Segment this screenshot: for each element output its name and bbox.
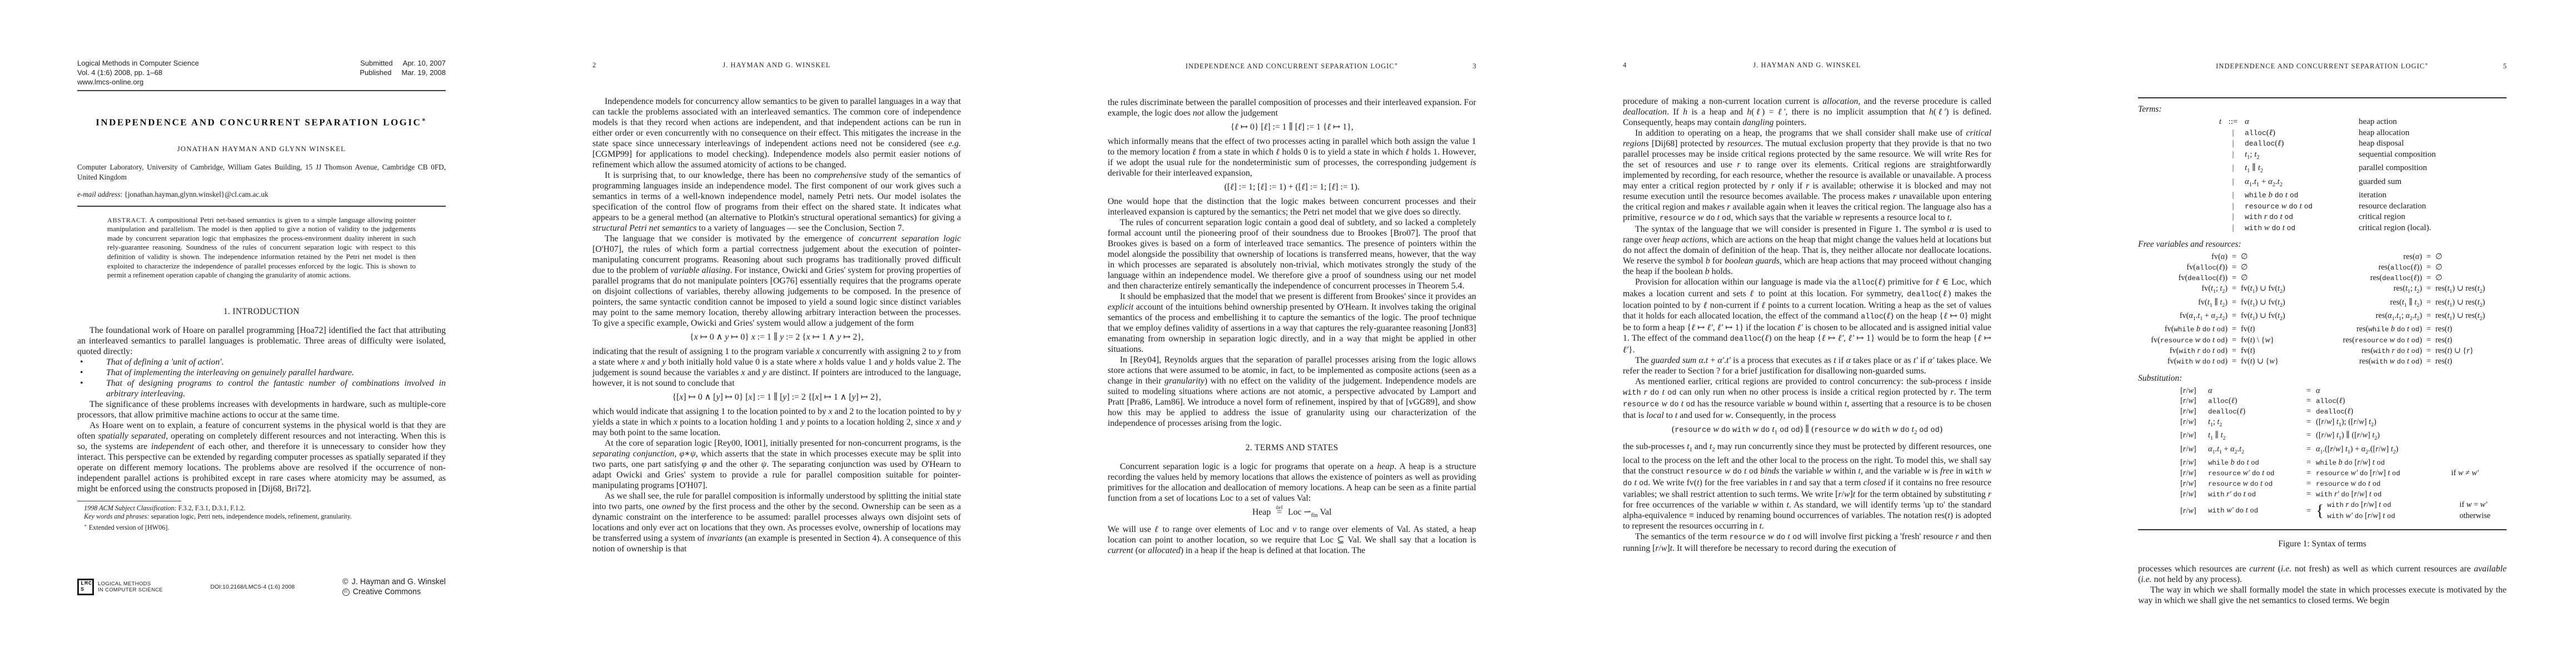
fv-res-row: fv(alloc(ℓ))=∅res(alloc(ℓ))=∅ bbox=[2138, 262, 2507, 273]
subst-lhs: while b do t od bbox=[2208, 457, 2301, 468]
fv-res-row: fv(α)=∅res(α)=∅ bbox=[2138, 252, 2507, 262]
grammar-row: |while b do t oditeration bbox=[2138, 190, 2507, 201]
running-header: INDEPENDENCE AND CONCURRENT SEPARATION L… bbox=[2138, 0, 2507, 71]
grammar-operator: | bbox=[2221, 190, 2245, 201]
res-lhs: res(resource w do t od) bbox=[2321, 335, 2422, 346]
grammar-comment: critical region bbox=[2359, 212, 2507, 223]
equals-sign: = bbox=[2301, 417, 2316, 430]
equals-sign: = bbox=[2228, 324, 2241, 335]
page-number: 4 bbox=[1623, 61, 1626, 69]
subst-rhs: dealloc(ℓ) bbox=[2316, 406, 2353, 417]
display-equation: {ℓ ↦ 0} [ℓ] := 1 ∥ [ℓ] := 1 {ℓ ↦ 1}, bbox=[1108, 122, 1476, 133]
fv-res-row: fv(dealloc(ℓ))=∅res(dealloc(ℓ))=∅ bbox=[2138, 273, 2507, 283]
lmcs-line2: IN COMPUTER SCIENCE bbox=[98, 587, 163, 593]
paragraph: One would hope that the distinction that… bbox=[1108, 196, 1476, 217]
bullet-item: That of defining a 'unit of action'. bbox=[77, 357, 446, 367]
res-lhs: res(α1.t1; α2.t2) bbox=[2321, 311, 2422, 324]
grammar-lhs bbox=[2138, 128, 2221, 139]
res-rhs: res(t1) ∪ res(t2) bbox=[2435, 283, 2507, 297]
paragraph: The foundational work of Hoare on parall… bbox=[77, 325, 446, 357]
grammar-lhs: t bbox=[2138, 117, 2221, 128]
grammar-lhs bbox=[2138, 163, 2221, 177]
grammar-operator: | bbox=[2221, 223, 2245, 234]
res-equation: res(with w do t od)=res(t) bbox=[2321, 356, 2507, 367]
paragraph: It should be emphasized that the model t… bbox=[1108, 291, 1476, 355]
submitted-date: Apr. 10, 2007 bbox=[403, 58, 446, 68]
subst-lhs: resource w′ do t od bbox=[2208, 468, 2301, 479]
grammar-row: |t1 ∥ t2parallel composition bbox=[2138, 163, 2507, 177]
fv-res-row: fv(t1; t2)=fv(t1) ∪ fv(t2)res(t1; t2)=re… bbox=[2138, 283, 2507, 297]
page-footer: LMCS LOGICAL METHODS IN COMPUTER SCIENCE… bbox=[77, 577, 446, 598]
equals-sign: = bbox=[2422, 311, 2435, 324]
fv-equation: fv(α1.t1 + α2.t2)=fv(t1) ∪ fv(t2) bbox=[2138, 311, 2321, 324]
running-header: INDEPENDENCE AND CONCURRENT SEPARATION L… bbox=[1108, 0, 1476, 71]
page-2-content: 2 J. HAYMAN AND G. WINSKEL Independence … bbox=[592, 0, 961, 554]
equals-sign: = bbox=[2228, 297, 2241, 311]
res-lhs: res(alloc(ℓ)) bbox=[2321, 262, 2422, 273]
paper-title: INDEPENDENCE AND CONCURRENT SEPARATION L… bbox=[77, 116, 446, 128]
abstract-label: ABSTRACT. bbox=[107, 216, 147, 224]
res-equation: res(t1 ∥ t2)=res(t1) ∪ res(t2) bbox=[2321, 297, 2507, 311]
res-equation: res(resource w do t od)=res(t) bbox=[2321, 335, 2507, 346]
paragraph: The way in which we shall formally model… bbox=[2138, 585, 2507, 606]
subst-prefix: [r/w] bbox=[2180, 468, 2208, 479]
grammar-production: with w do t od bbox=[2245, 223, 2359, 234]
grammar-comment: parallel composition bbox=[2359, 163, 2507, 177]
subst-lhs: t1; t2 bbox=[2208, 417, 2301, 430]
paragraph: At the core of separation logic [Rey00, … bbox=[592, 438, 961, 491]
title-rule bbox=[77, 206, 446, 207]
subst-lhs: resource w do t od bbox=[2208, 479, 2301, 489]
fv-res-table: fv(α)=∅res(α)=∅fv(alloc(ℓ))=∅res(alloc(ℓ… bbox=[2138, 252, 2507, 367]
case-rhs: with r do [r/w] t od bbox=[2327, 500, 2459, 510]
doi-text: DOI:10.2168/LMCS-4 (1:6) 2008 bbox=[163, 584, 342, 590]
paragraph: which informally means that the effect o… bbox=[1108, 136, 1476, 178]
figure-caption: Figure 1: Syntax of terms bbox=[2138, 539, 2507, 549]
equals-sign: = bbox=[2301, 396, 2316, 406]
substitution-row: [r/w]dealloc(ℓ)=dealloc(ℓ) bbox=[2138, 406, 2507, 417]
res-equation: res(with r do t od)=res(t) ∪ {r} bbox=[2321, 346, 2507, 356]
page-1-body: 1. INTRODUCTIONThe foundational work of … bbox=[77, 307, 446, 494]
grammar-production: dealloc(ℓ) bbox=[2245, 138, 2359, 150]
fv-lhs: fv(α) bbox=[2138, 252, 2228, 262]
display-equation: {x ↦ 0 ∧ y ↦ 0} x := 1 ∥ y := 2 {x ↦ 1 ∧… bbox=[592, 332, 961, 343]
equals-sign: = bbox=[2228, 335, 2241, 346]
equals-sign: = bbox=[2301, 444, 2316, 457]
lmcs-logo-icon: LMCS bbox=[77, 579, 94, 595]
page-number: 2 bbox=[592, 61, 596, 69]
substitution-case-row: [r/w]with w′ do t od={with r do [r/w] t … bbox=[2138, 500, 2507, 521]
display-equation: (resource w do with w do t1 od od) ∥ (re… bbox=[1623, 424, 1991, 438]
subst-prefix: [r/w] bbox=[2180, 489, 2208, 500]
fv-lhs: fv(with r do t od) bbox=[2138, 346, 2228, 356]
paragraph: In [Rey04], Reynolds argues that the sep… bbox=[1108, 355, 1476, 429]
grammar-comment: iteration bbox=[2359, 190, 2507, 201]
fv-equation: fv(resource w do t od)=fv(t) \ {w} bbox=[2138, 335, 2321, 346]
res-rhs: res(t1) ∪ res(t2) bbox=[2435, 311, 2507, 324]
paragraph: As Hoare went on to explain, a feature o… bbox=[77, 420, 446, 494]
running-title: INDEPENDENCE AND CONCURRENT SEPARATION L… bbox=[2216, 62, 2429, 70]
res-rhs: ∅ bbox=[2435, 273, 2507, 283]
copyright-text: J. Hayman and G. Winskel bbox=[352, 577, 446, 587]
figure-rule bbox=[2138, 529, 2507, 530]
substitution-row: [r/w]with r′ do t od=with r′ do [r/w] t … bbox=[2138, 489, 2507, 500]
section-heading: 2. TERMS AND STATES bbox=[1108, 443, 1476, 453]
page-5-body: Terms:t::=αheap action|alloc(ℓ)heap allo… bbox=[2138, 97, 2507, 606]
submission-dates: Submitted Apr. 10, 2007 Published Mar. 1… bbox=[360, 58, 446, 87]
grammar-production: with r do t od bbox=[2245, 212, 2359, 223]
paragraph: Independence models for concurrency allo… bbox=[592, 96, 961, 170]
fv-lhs: fv(α1.t1 + α2.t2) bbox=[2138, 311, 2228, 324]
email-address: e-mail address: {jonathan.hayman,glynn.w… bbox=[77, 190, 446, 199]
fv-rhs: fv(t1) ∪ fv(t2) bbox=[2241, 311, 2321, 324]
grammar-comment: heap disposal bbox=[2359, 138, 2507, 150]
fv-rhs: fv(t) ∪ {w} bbox=[2241, 356, 2321, 367]
page-5: INDEPENDENCE AND CONCURRENT SEPARATION L… bbox=[2061, 0, 2576, 667]
paragraph: Concurrent separation logic is a logic f… bbox=[1108, 461, 1476, 504]
grammar-production: alloc(ℓ) bbox=[2245, 128, 2359, 139]
def-label: def bbox=[1275, 502, 1283, 513]
res-lhs: res(t1; t2) bbox=[2321, 283, 2422, 297]
lmcs-logo-text: LOGICAL METHODS IN COMPUTER SCIENCE bbox=[98, 581, 163, 593]
section-heading: 1. INTRODUCTION bbox=[77, 307, 446, 317]
affiliation: Computer Laboratory, University of Cambr… bbox=[77, 162, 446, 182]
grammar-production: while b do t od bbox=[2245, 190, 2359, 201]
fv-equation: fv(t1; t2)=fv(t1) ∪ fv(t2) bbox=[2138, 283, 2321, 297]
fv-res-row: fv(resource w do t od)=fv(t) \ {w}res(re… bbox=[2138, 335, 2507, 346]
paragraph: procedure of making a non-current locati… bbox=[1623, 96, 1991, 128]
res-rhs: res(t) bbox=[2435, 324, 2507, 335]
page-3-content: INDEPENDENCE AND CONCURRENT SEPARATION L… bbox=[1108, 0, 1476, 556]
fv-equation: fv(while b do t od)=fv(t) bbox=[2138, 324, 2321, 335]
fv-lhs: fv(resource w do t od) bbox=[2138, 335, 2228, 346]
paragraph: The significance of these problems incre… bbox=[77, 399, 446, 420]
subst-lhs: t1 ∥ t2 bbox=[2208, 430, 2301, 444]
display-equation: ([ℓ] := 1; [ℓ] := 1) + ([ℓ] := 1; [ℓ] :=… bbox=[1108, 182, 1476, 193]
display-equation: Heap def= Loc ⇀fin Val bbox=[1108, 507, 1476, 521]
subst-rhs: ([r/w] t1); ([r/w] t2) bbox=[2316, 417, 2376, 430]
fv-res-row: fv(with w do t od)=fv(t) ∪ {w}res(with w… bbox=[2138, 356, 2507, 367]
paragraph: The rules of concurrent separation logic… bbox=[1108, 217, 1476, 291]
subst-prefix: [r/w] bbox=[2180, 506, 2208, 516]
grammar-lhs bbox=[2138, 223, 2221, 234]
journal-volume: Vol. 4 (1:6) 2008, pp. 1–68 bbox=[77, 68, 199, 77]
page-4: 4 J. HAYMAN AND G. WINSKEL procedure of … bbox=[1546, 0, 2061, 667]
grammar-row: |with r do t odcritical region bbox=[2138, 212, 2507, 223]
equals-sign: = bbox=[2422, 335, 2435, 346]
cc-text: Creative Commons bbox=[353, 587, 421, 597]
running-title: INDEPENDENCE AND CONCURRENT SEPARATION L… bbox=[1185, 62, 1398, 70]
equals-sign: = bbox=[2422, 252, 2435, 262]
substitution-row: [r/w]alloc(ℓ)=alloc(ℓ) bbox=[2138, 396, 2507, 406]
published-label: Published bbox=[360, 68, 391, 77]
grammar-row: |alloc(ℓ)heap allocation bbox=[2138, 128, 2507, 139]
equals-sign: = bbox=[2422, 297, 2435, 311]
subst-lhs: α bbox=[2208, 386, 2301, 396]
subst-prefix: [r/w] bbox=[2180, 417, 2208, 430]
bullet-list: That of defining a 'unit of action'.That… bbox=[77, 357, 446, 399]
subst-prefix: [r/w] bbox=[2180, 430, 2208, 444]
fv-equation: fv(with w do t od)=fv(t) ∪ {w} bbox=[2138, 356, 2321, 367]
subst-prefix: [r/w] bbox=[2180, 406, 2208, 417]
case-row: with w′ do [r/w] t odotherwise bbox=[2327, 511, 2490, 521]
case-row: with r do [r/w] t odif w = w′ bbox=[2327, 500, 2490, 510]
paragraph: We will use ℓ to range over elements of … bbox=[1108, 524, 1476, 556]
res-equation: res(α1.t1; α2.t2)=res(t1) ∪ res(t2) bbox=[2321, 311, 2507, 324]
grammar-table: t::=αheap action|alloc(ℓ)heap allocation… bbox=[2138, 117, 2507, 233]
grammar-operator: | bbox=[2221, 201, 2245, 212]
subst-lhs: dealloc(ℓ) bbox=[2208, 406, 2301, 417]
res-rhs: res(t) bbox=[2435, 335, 2507, 346]
creative-commons-row: cc Creative Commons bbox=[342, 587, 446, 597]
bullet-item: That of implementing the interleaving on… bbox=[77, 367, 446, 378]
res-lhs: res(α) bbox=[2321, 252, 2422, 262]
page-2-body: Independence models for concurrency allo… bbox=[592, 96, 961, 554]
fv-lhs: fv(dealloc(ℓ)) bbox=[2138, 273, 2228, 283]
figure-label: Substitution: bbox=[2138, 373, 2507, 384]
figure-label: Terms: bbox=[2138, 104, 2507, 115]
grammar-comment: heap allocation bbox=[2359, 128, 2507, 139]
res-lhs: res(t1 ∥ t2) bbox=[2321, 297, 2422, 311]
grammar-comment: heap action bbox=[2359, 117, 2507, 128]
page-3: INDEPENDENCE AND CONCURRENT SEPARATION L… bbox=[1030, 0, 1546, 667]
fv-rhs: fv(t) \ {w} bbox=[2241, 335, 2321, 346]
fv-res-row: fv(while b do t od)=fv(t)res(while b do … bbox=[2138, 324, 2507, 335]
equals-sign: = bbox=[2228, 273, 2241, 283]
subst-rhs: α bbox=[2316, 386, 2320, 396]
grammar-row: |resource w do t odresource declaration bbox=[2138, 201, 2507, 212]
substitution-row: [r/w]while b do t od=while b do [r/w] t … bbox=[2138, 457, 2507, 468]
footnote-extended-version: ∗ Extended version of [HW06]. bbox=[77, 521, 446, 532]
res-equation: res(alloc(ℓ))=∅ bbox=[2321, 262, 2507, 273]
fv-rhs: ∅ bbox=[2241, 262, 2321, 273]
res-rhs: res(t) ∪ {r} bbox=[2435, 346, 2507, 356]
equals-sign: = bbox=[2422, 262, 2435, 273]
equals-sign: = bbox=[2301, 489, 2316, 500]
grammar-row: |α1.t1 + α2.t2guarded sum bbox=[2138, 177, 2507, 191]
grammar-operator: | bbox=[2221, 177, 2245, 191]
grammar-row: |dealloc(ℓ)heap disposal bbox=[2138, 138, 2507, 150]
equals-sign: = bbox=[2422, 346, 2435, 356]
equals-sign: = bbox=[2228, 311, 2241, 324]
fv-equation: fv(alloc(ℓ))=∅ bbox=[2138, 262, 2321, 273]
figure-label: Free variables and resources: bbox=[2138, 239, 2507, 250]
substitution-row: [r/w]α=α bbox=[2138, 386, 2507, 396]
equals-sign: = bbox=[2301, 506, 2316, 516]
display-equation: {[x] ↦ 0 ∧ [y] ↦ 0} [x] := 1 ∥ [y] := 2 … bbox=[592, 392, 961, 403]
equals-sign: = bbox=[2228, 283, 2241, 297]
equals-sign: = bbox=[2228, 252, 2241, 262]
grammar-operator: | bbox=[2221, 138, 2245, 150]
subst-prefix: [r/w] bbox=[2180, 444, 2208, 457]
figure-rule bbox=[2138, 97, 2507, 98]
grammar-production: α1.t1 + α2.t2 bbox=[2245, 177, 2359, 191]
subst-prefix: [r/w] bbox=[2180, 457, 2208, 468]
subst-lhs: alloc(ℓ) bbox=[2208, 396, 2301, 406]
subst-rhs: α1.([r/w] t1) + α2.([r/w] t2) bbox=[2316, 444, 2398, 457]
footnote-classification: 1998 ACM Subject Classification: F.3.2, … bbox=[77, 504, 446, 513]
grammar-lhs bbox=[2138, 212, 2221, 223]
grammar-operator: | bbox=[2221, 212, 2245, 223]
journal-name: Logical Methods in Computer Science bbox=[77, 58, 199, 68]
page-1-content: Logical Methods in Computer Science Vol.… bbox=[77, 58, 446, 532]
subst-rhs: with r′ do [r/w] t od bbox=[2316, 489, 2381, 500]
paragraph: Provision for allocation within our lang… bbox=[1623, 277, 1991, 355]
fv-equation: fv(α)=∅ bbox=[2138, 252, 2321, 262]
grammar-lhs bbox=[2138, 138, 2221, 150]
paragraph: The syntax of the language that we will … bbox=[1623, 224, 1991, 277]
grammar-row: |t1; t2sequential composition bbox=[2138, 150, 2507, 163]
paragraph: which would indicate that assigning 1 to… bbox=[592, 406, 961, 438]
substitution-row: [r/w]α1.t1 + α2.t2=α1.([r/w] t1) + α2.([… bbox=[2138, 444, 2507, 457]
fv-equation: fv(with r do t od)=fv(t) bbox=[2138, 346, 2321, 356]
paragraph: the sub-processes t1 and t2 may run conc… bbox=[1623, 441, 1991, 531]
paragraph: indicating that the result of assigning … bbox=[592, 346, 961, 389]
fv-rhs: fv(t1) ∪ fv(t2) bbox=[2241, 297, 2321, 311]
grammar-lhs bbox=[2138, 150, 2221, 163]
subst-rhs: while b do [r/w] t od bbox=[2316, 457, 2385, 468]
fv-lhs: fv(t1 ∥ t2) bbox=[2138, 297, 2228, 311]
copyright-icon: © bbox=[342, 577, 348, 587]
case-condition: if w = w′ bbox=[2459, 500, 2487, 510]
submitted-row: Submitted Apr. 10, 2007 bbox=[360, 58, 446, 68]
substitution-table: [r/w]α=α[r/w]alloc(ℓ)=alloc(ℓ)[r/w]deall… bbox=[2138, 386, 2507, 500]
lmcs-line1: LOGICAL METHODS bbox=[98, 581, 163, 587]
subst-lhs: with w′ do t od bbox=[2208, 505, 2301, 516]
page-number: 3 bbox=[1473, 62, 1476, 71]
substitution-row: [r/w]t1 ∥ t2=([r/w] t1) ∥ ([r/w] t2) bbox=[2138, 430, 2507, 444]
running-title: J. HAYMAN AND G. WINSKEL bbox=[1753, 61, 1861, 69]
fv-equation: fv(dealloc(ℓ))=∅ bbox=[2138, 273, 2321, 283]
equals-sign: = bbox=[2422, 273, 2435, 283]
page-4-body: procedure of making a non-current locati… bbox=[1623, 96, 1991, 554]
paper-spread: Logical Methods in Computer Science Vol.… bbox=[0, 0, 2576, 667]
equals-sign: = bbox=[2301, 386, 2316, 396]
footnote-keywords: Key words and phrases: separation logic,… bbox=[77, 512, 446, 521]
res-equation: res(while b do t od)=res(t) bbox=[2321, 324, 2507, 335]
res-rhs: ∅ bbox=[2435, 252, 2507, 262]
case-brace: { bbox=[2316, 501, 2324, 520]
grammar-row: t::=αheap action bbox=[2138, 117, 2507, 128]
res-rhs: res(t1) ∪ res(t2) bbox=[2435, 297, 2507, 311]
paragraph: the rules discriminate between the paral… bbox=[1108, 97, 1476, 118]
fv-res-row: fv(α1.t1 + α2.t2)=fv(t1) ∪ fv(t2)res(α1.… bbox=[2138, 311, 2507, 324]
journal-info: Logical Methods in Computer Science Vol.… bbox=[77, 58, 199, 87]
substitution-row: [r/w]resource w do t od=resource w do t … bbox=[2138, 479, 2507, 489]
published-row: Published Mar. 19, 2008 bbox=[360, 68, 446, 77]
grammar-production: t1; t2 bbox=[2245, 150, 2359, 163]
paragraph: processes which resources are current (i… bbox=[2138, 564, 2507, 585]
published-date: Mar. 19, 2008 bbox=[402, 68, 446, 77]
equals-sign: = bbox=[2422, 283, 2435, 297]
res-lhs: res(with w do t od) bbox=[2321, 356, 2422, 367]
page-3-body: the rules discriminate between the paral… bbox=[1108, 97, 1476, 556]
grammar-production: α bbox=[2245, 117, 2359, 128]
paragraph: As mentioned earlier, critical regions a… bbox=[1623, 376, 1991, 421]
case-rhs: with w′ do [r/w] t od bbox=[2327, 511, 2459, 521]
grammar-lhs bbox=[2138, 177, 2221, 191]
case-condition: otherwise bbox=[2459, 511, 2490, 521]
equals-sign: = bbox=[2301, 430, 2316, 444]
subst-rhs: resource w do t od bbox=[2316, 479, 2380, 489]
res-lhs: res(while b do t od) bbox=[2321, 324, 2422, 335]
fv-lhs: fv(t1; t2) bbox=[2138, 283, 2228, 297]
grammar-comment: guarded sum bbox=[2359, 177, 2507, 191]
abstract-text: A compositional Petri net-based semantic… bbox=[107, 216, 416, 280]
subst-rhs: ([r/w] t1) ∥ ([r/w] t2) bbox=[2316, 430, 2380, 444]
lmcs-logo-block: LMCS LOGICAL METHODS IN COMPUTER SCIENCE bbox=[77, 579, 163, 595]
paper-authors: JONATHAN HAYMAN AND GLYNN WINSKEL bbox=[77, 145, 446, 153]
res-rhs: ∅ bbox=[2435, 262, 2507, 273]
substitution-row: [r/w]t1; t2=([r/w] t1); ([r/w] t2) bbox=[2138, 417, 2507, 430]
subst-rhs: alloc(ℓ) bbox=[2316, 396, 2345, 406]
grammar-production: t1 ∥ t2 bbox=[2245, 163, 2359, 177]
res-equation: res(α)=∅ bbox=[2321, 252, 2507, 262]
abstract: ABSTRACT. A compositional Petri net-base… bbox=[107, 216, 416, 280]
equals-sign: = bbox=[2301, 479, 2316, 489]
res-rhs: res(t) bbox=[2435, 356, 2507, 367]
equals-sign: = bbox=[2422, 356, 2435, 367]
substitution-row: [r/w]resource w′ do t od=resource w′ do … bbox=[2138, 468, 2507, 479]
paragraph: The guarded sum α.t + α′.t′ is a process… bbox=[1623, 355, 1991, 376]
fv-res-row: fv(with r do t od)=fv(t)res(with r do t … bbox=[2138, 346, 2507, 356]
fv-lhs: fv(with w do t od) bbox=[2138, 356, 2228, 367]
subst-lhs: α1.t1 + α2.t2 bbox=[2208, 444, 2301, 457]
paragraph: It is surprising that, to our knowledge,… bbox=[592, 170, 961, 233]
footnotes: 1998 ACM Subject Classification: F.3.2, … bbox=[77, 504, 446, 532]
equals-sign: = bbox=[2228, 356, 2241, 367]
res-equation: res(dealloc(ℓ))=∅ bbox=[2321, 273, 2507, 283]
grammar-production: resource w do t od bbox=[2245, 201, 2359, 212]
running-title: J. HAYMAN AND G. WINSKEL bbox=[723, 61, 830, 69]
equals-sign: = bbox=[2422, 324, 2435, 335]
grammar-row: |with w do t odcritical region (local). bbox=[2138, 223, 2507, 234]
subst-prefix: [r/w] bbox=[2180, 479, 2208, 489]
subst-lhs: with r′ do t od bbox=[2208, 489, 2301, 500]
grammar-operator: | bbox=[2221, 128, 2245, 139]
grammar-operator: | bbox=[2221, 163, 2245, 177]
grammar-lhs bbox=[2138, 190, 2221, 201]
submitted-label: Submitted bbox=[360, 58, 393, 68]
paragraph: The language that we consider is motivat… bbox=[592, 233, 961, 328]
grammar-comment: sequential composition bbox=[2359, 150, 2507, 163]
fv-lhs: fv(alloc(ℓ)) bbox=[2138, 262, 2228, 273]
page-5-content: INDEPENDENCE AND CONCURRENT SEPARATION L… bbox=[2138, 0, 2507, 606]
equals-sign: = bbox=[2301, 468, 2316, 479]
res-lhs: res(with r do t od) bbox=[2321, 346, 2422, 356]
equals-sign: = bbox=[2228, 262, 2241, 273]
grammar-operator: | bbox=[2221, 150, 2245, 163]
subst-rhs: resource w′ do [r/w] t od bbox=[2316, 468, 2400, 479]
bullet-item: That of designing programs to control th… bbox=[77, 378, 446, 399]
copyright-block: © J. Hayman and G. Winskel cc Creative C… bbox=[342, 577, 446, 598]
fv-rhs: ∅ bbox=[2241, 252, 2321, 262]
res-equation: res(t1; t2)=res(t1) ∪ res(t2) bbox=[2321, 283, 2507, 297]
grammar-comment: resource declaration bbox=[2359, 201, 2507, 212]
masthead-rule bbox=[77, 90, 446, 91]
subst-prefix: [r/w] bbox=[2180, 386, 2208, 396]
paragraph: As we shall see, the rule for parallel c… bbox=[592, 491, 961, 554]
equals-sign: = bbox=[2228, 346, 2241, 356]
fv-res-row: fv(t1 ∥ t2)=fv(t1) ∪ fv(t2)res(t1 ∥ t2)=… bbox=[2138, 297, 2507, 311]
page-2: 2 J. HAYMAN AND G. WINSKEL Independence … bbox=[515, 0, 1030, 667]
running-header: 4 J. HAYMAN AND G. WINSKEL bbox=[1623, 0, 1991, 69]
fv-lhs: fv(while b do t od) bbox=[2138, 324, 2228, 335]
grammar-operator: ::= bbox=[2221, 117, 2245, 128]
page-4-content: 4 J. HAYMAN AND G. WINSKEL procedure of … bbox=[1623, 0, 1991, 554]
case-alternatives: with r do [r/w] t odif w = w′with w′ do … bbox=[2327, 500, 2490, 521]
paragraph: The semantics of the term resource w do … bbox=[1623, 531, 1991, 554]
